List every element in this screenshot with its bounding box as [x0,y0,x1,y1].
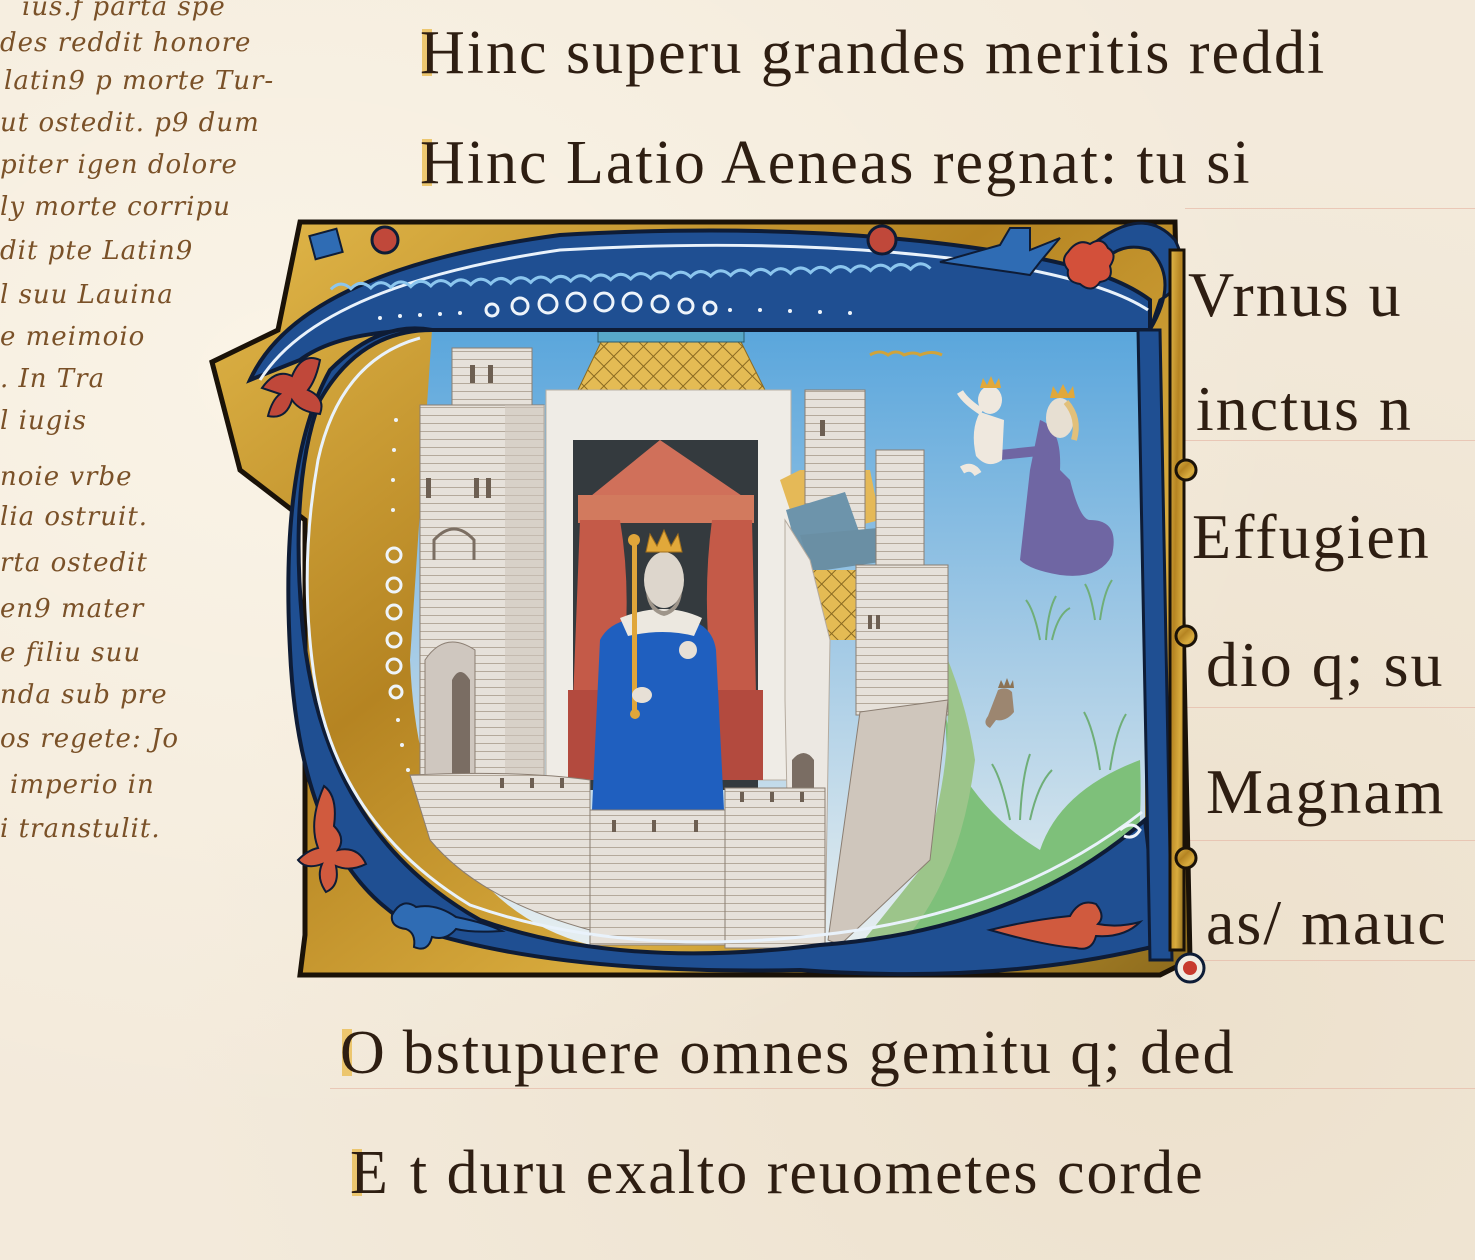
gloss-line: l iugis [0,406,87,436]
gloss-line: i transtulit. [0,814,161,844]
verse-line: dio q; su [1206,628,1444,702]
verse-initial: E [350,1139,390,1207]
verse-initial: O [340,1019,387,1087]
gloss-line: ly morte corripu [0,192,231,222]
illuminated-initial [200,200,1230,1000]
verse-line: as/ mauc [1206,886,1448,960]
gloss-line: dit pte Latin9 [0,236,193,266]
gloss-line: lia ostruit. [0,502,148,532]
gloss-line: piter igen dolore [0,150,238,180]
gloss-line: latin9 p morte Tur- [4,66,274,96]
gloss-line: en9 mater [0,594,144,624]
gloss-line: ius.f parta spe [22,0,226,22]
gloss-line: des reddit honore [0,28,251,58]
gloss-line: e filiu suu [0,638,141,668]
gloss-line: l suu Lauina [0,280,174,310]
gloss-line: os regete: Jo [0,724,179,754]
gloss-line: rta ostedit [0,548,148,578]
verse-line: Obstupuere omnes gemitu q; ded [340,1018,1236,1089]
verse-line: Hinc Latio Aeneas regnat: tu si [420,128,1252,199]
gloss-line: e meimoio [0,322,145,352]
manuscript-page: ius.f parta spe des reddit honore latin9… [0,0,1475,1260]
miniature-scene [410,330,1145,948]
verse-line: Magnam [1206,755,1446,829]
gloss-line: ut ostedit. p9 dum [0,108,260,138]
gloss-line: nda sub pre [0,680,168,710]
verse-text: bstupuere omnes gemitu q; ded [403,1019,1236,1087]
gloss-line: . In Tra [0,364,105,394]
verse-initial: H [420,129,467,197]
verse-text: t duru exalto reuometes corde [410,1139,1205,1207]
left-tower [420,348,545,785]
gloss-line: imperio in [10,770,155,800]
verse-line: Hinc superu grandes meritis reddi [420,18,1326,89]
gloss-line: noie vrbe [0,462,133,492]
gold-border-stem [1170,250,1196,950]
verse-line: Et duru exalto reuometes corde [350,1138,1205,1209]
verse-text: inc superu grandes meritis reddi [467,19,1326,87]
verse-initial: H [420,19,467,87]
verse-text: inc Latio Aeneas regnat: tu si [467,129,1252,197]
